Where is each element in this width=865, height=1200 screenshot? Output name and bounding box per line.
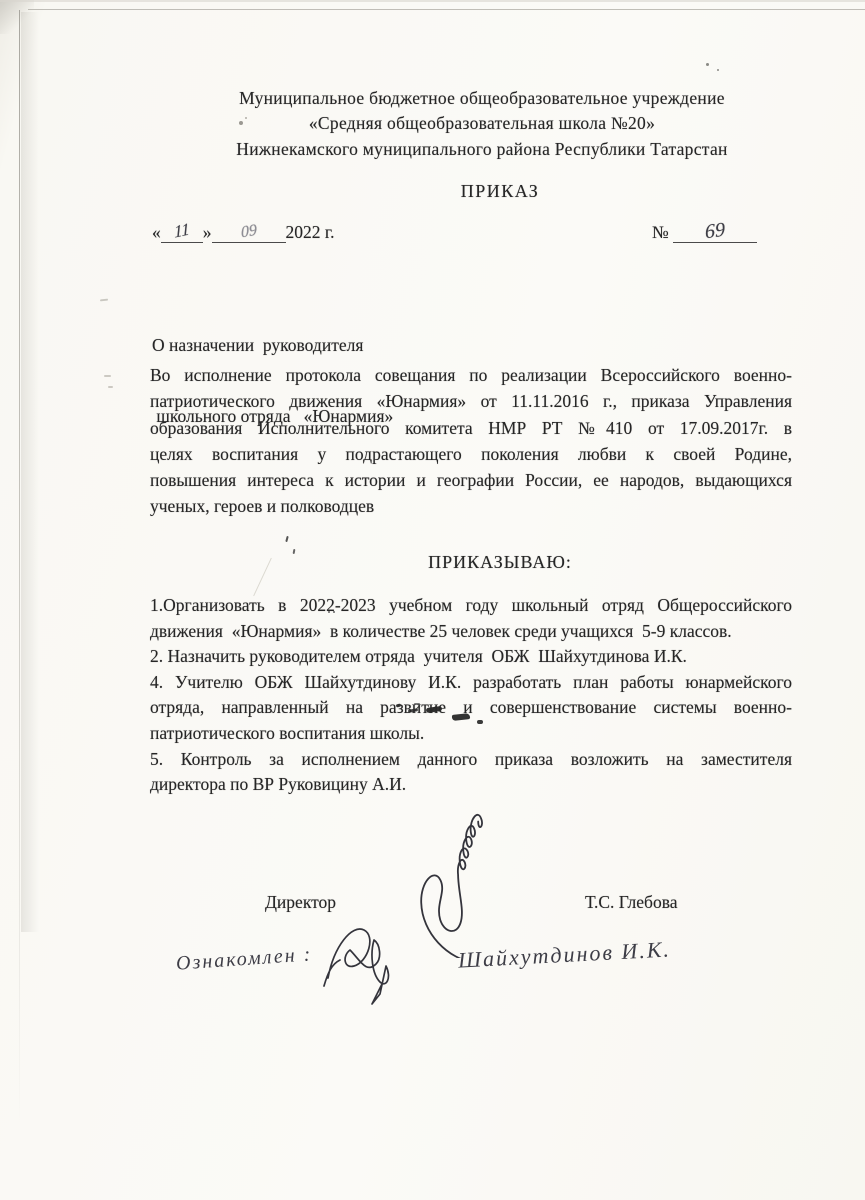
number-blank: 69 [673,220,757,243]
quote-open: « [152,222,161,242]
decree-line: отряда, направленный на развитие и совер… [150,695,792,721]
scan-left-edge-line [19,10,20,1170]
scan-top-edge-line [28,9,865,10]
quote-close: » [203,222,212,242]
preamble-line: повышения интереса к истории и географии… [150,467,792,493]
org-name-line3: Нижнекамского муниципального района Респ… [150,137,814,162]
decree-line: патриотического воспитания школы. [150,721,792,747]
preamble-line: Во исполнение протокола совещания по реа… [150,362,792,388]
margin-mark [104,375,111,377]
preamble-line: образования Исполнительного комитета НМР… [150,415,792,441]
margin-mark [100,299,108,302]
org-header: Муниципальное бюджетное общеобразователь… [150,86,814,162]
preamble-line: ученых, героев и полководцев [150,493,792,519]
date-month-blank: 09 [212,220,286,243]
decree-line: директора по ВР Руковицину А.И. [150,772,792,798]
scanned-order-document: Муниципальное бюджетное общеобразователь… [0,0,865,1200]
preamble-line: патриотического движения «Юнармия» от 11… [150,388,792,414]
acknowledgement-label: Ознакомлен : [175,943,313,975]
decree-line: 4. Учителю ОБЖ Шайхутдинову И.К. разрабо… [150,670,792,696]
date-day-blank: 11 [161,220,203,243]
preamble-paragraph: Во исполнение протокола совещания по реа… [150,362,792,520]
scan-fold-band [21,12,39,932]
decree-line: 5. Контроль за исполнением данного прика… [150,747,792,773]
scan-speck [706,63,709,66]
handwritten-day: 11 [173,219,190,242]
date-year: 2022 г. [286,222,335,242]
org-name-line2: «Средняя общеобразовательная школа №20» [150,111,814,136]
handwritten-number: 69 [705,219,726,245]
signer-position: Директор [265,892,336,913]
order-number: № 69 [652,220,757,243]
subject-line1: О назначении руководителя [152,334,393,358]
org-name-line1: Муниципальное бюджетное общеобразователь… [150,86,814,111]
decree-line: движения «Юнармия» в количестве 25 челов… [150,619,792,645]
scan-top-edge [0,0,865,2]
preamble-line: целях воспитания у подрастающего поколен… [150,441,792,467]
scan-speck [717,69,719,71]
document-type-heading: ПРИКАЗ [150,181,850,202]
order-date: «11»092022 г. [152,220,334,243]
margin-mark [108,386,113,388]
decree-heading: ПРИКАЗЫВАЮ: [150,552,850,573]
handwritten-month: 09 [240,222,257,243]
decree-items: 1.Организовать в 2022-2023 учебном году … [150,593,792,798]
signer-name: Т.С. Глебова [585,892,678,913]
decree-line: 1.Организовать в 2022-2023 учебном году … [150,593,792,619]
decree-line: 2. Назначить руководителем отряда учител… [150,644,792,670]
number-sign: № [652,222,669,242]
pen-tick [285,536,288,542]
acknowledgement-signature [322,916,437,1011]
